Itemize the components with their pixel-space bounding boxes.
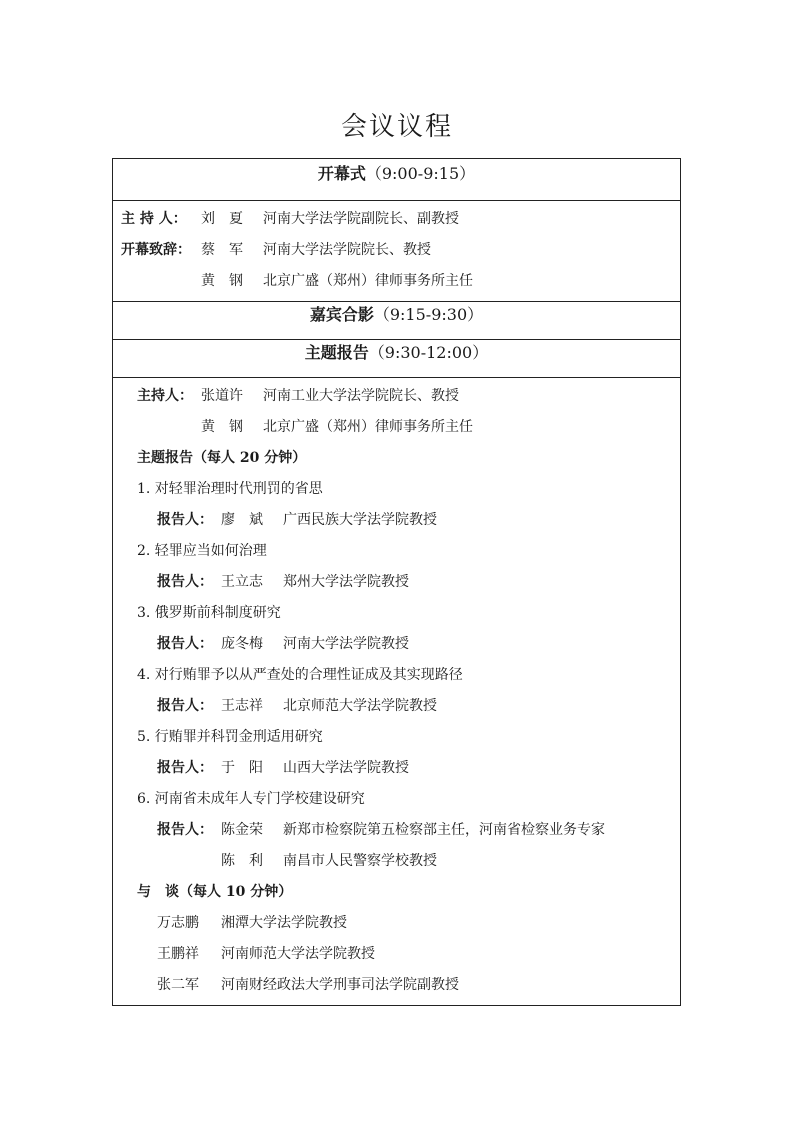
reporter-row: 报告人：庞冬梅河南大学法学院教授	[113, 629, 680, 660]
person-name: 万志鹏	[157, 908, 221, 939]
reports-heading: 主题报告（每人 20 分钟）	[113, 443, 680, 474]
person-name: 王鹏祥	[157, 939, 221, 970]
reporter-row: 报告人：陈金荣新郑市检察院第五检察部主任，河南省检察业务专家	[113, 815, 680, 846]
section-title: 主题报告	[305, 343, 369, 362]
person-name: 张道许	[201, 381, 263, 412]
person-title: 河南工业大学法学院院长、教授	[263, 388, 459, 404]
person-title: 郑州大学法学院教授	[283, 574, 409, 590]
section-title: 嘉宾合影	[310, 305, 374, 324]
person-name: 黄 钢	[201, 412, 263, 443]
person-title: 河南大学法学院院长、教授	[263, 242, 431, 258]
section-time: （9:00-9:15）	[366, 164, 475, 183]
person-name: 廖 斌	[221, 505, 283, 536]
host-row: 黄 钢北京广盛（郑州）律师事务所主任	[113, 412, 680, 443]
person-title: 南昌市人民警察学校教授	[283, 853, 437, 869]
report-topic: 2. 轻罪应当如何治理	[113, 536, 680, 567]
person-name: 张二军	[157, 970, 221, 1001]
person-name: 黄 钢	[201, 266, 263, 297]
person-title: 河南大学法学院副院长、副教授	[263, 211, 459, 227]
host-label: 主持人：	[137, 381, 201, 412]
person-title: 山西大学法学院教授	[283, 760, 409, 776]
report-topic: 4. 对行贿罪予以从严查处的合理性证成及其实现路径	[113, 660, 680, 691]
person-name: 庞冬梅	[221, 629, 283, 660]
person-name: 刘 夏	[201, 204, 263, 235]
person-name: 于 阳	[221, 753, 283, 784]
person-title: 新郑市检察院第五检察部主任，河南省检察业务专家	[283, 822, 605, 838]
person-title: 湘潭大学法学院教授	[221, 915, 347, 931]
reporter-label: 报告人：	[157, 505, 221, 536]
discussion-heading: 与 谈（每人 10 分钟）	[113, 877, 680, 908]
reporter-row: 报告人：于 阳山西大学法学院教授	[113, 753, 680, 784]
report-topic: 1. 对轻罪治理时代刑罚的省思	[113, 474, 680, 505]
reporter-label: 报告人：	[157, 629, 221, 660]
agenda-table: 开幕式（9:00-9:15） 主 持 人：刘 夏河南大学法学院副院长、副教授 开…	[112, 158, 681, 1006]
report-topic: 5. 行贿罪并科罚金刑适用研究	[113, 722, 680, 753]
report-topic: 3. 俄罗斯前科制度研究	[113, 598, 680, 629]
person-title: 北京广盛（郑州）律师事务所主任	[263, 419, 473, 435]
section-time: （9:15-9:30）	[374, 305, 483, 324]
reporter-row: 陈 利南昌市人民警察学校教授	[113, 846, 680, 877]
reporter-row: 报告人：王志祥北京师范大学法学院教授	[113, 691, 680, 722]
reporter-label: 报告人：	[157, 753, 221, 784]
person-title: 广西民族大学法学院教授	[283, 512, 437, 528]
reporter-label: 报告人：	[157, 815, 221, 846]
section-header-photo: 嘉宾合影（9:15-9:30）	[113, 302, 680, 340]
discussant-row: 张二军河南财经政法大学刑事司法学院副教授	[113, 970, 680, 1001]
host-label: 主 持 人：	[121, 204, 201, 235]
reports-label: 主题报告（每人 20 分钟）	[137, 443, 306, 474]
person-title: 北京师范大学法学院教授	[283, 698, 437, 714]
page-title: 会议议程	[0, 106, 794, 143]
person-title: 北京广盛（郑州）律师事务所主任	[263, 273, 473, 289]
report-topic: 6. 河南省未成年人专门学校建设研究	[113, 784, 680, 815]
section-header-opening: 开幕式（9:00-9:15）	[113, 159, 680, 201]
person-title: 河南大学法学院教授	[283, 636, 409, 652]
discussant-row: 万志鹏湘潭大学法学院教授	[113, 908, 680, 939]
section-header-keynote: 主题报告（9:30-12:00）	[113, 340, 680, 378]
reporter-row: 报告人：廖 斌广西民族大学法学院教授	[113, 505, 680, 536]
person-name: 蔡 军	[201, 235, 263, 266]
host-row: 主持人：张道许河南工业大学法学院院长、教授	[113, 381, 680, 412]
speech-row: 黄 钢北京广盛（郑州）律师事务所主任	[113, 266, 680, 297]
person-name: 王志祥	[221, 691, 283, 722]
host-row: 主 持 人：刘 夏河南大学法学院副院长、副教授	[113, 204, 680, 235]
reporter-row: 报告人：王立志郑州大学法学院教授	[113, 567, 680, 598]
section-time: （9:30-12:00）	[369, 343, 488, 362]
keynote-details: 主持人：张道许河南工业大学法学院院长、教授 黄 钢北京广盛（郑州）律师事务所主任…	[113, 378, 680, 1005]
person-name: 陈金荣	[221, 815, 283, 846]
speech-row: 开幕致辞：蔡 军河南大学法学院院长、教授	[113, 235, 680, 266]
discussant-row: 王鹏祥河南师范大学法学院教授	[113, 939, 680, 970]
speech-label: 开幕致辞：	[121, 235, 201, 266]
discussion-label: 与 谈（每人 10 分钟）	[137, 877, 292, 908]
person-title: 河南财经政法大学刑事司法学院副教授	[221, 977, 459, 993]
person-name: 陈 利	[221, 846, 283, 877]
reporter-label: 报告人：	[157, 567, 221, 598]
opening-details: 主 持 人：刘 夏河南大学法学院副院长、副教授 开幕致辞：蔡 军河南大学法学院院…	[113, 201, 680, 302]
reporter-label: 报告人：	[157, 691, 221, 722]
section-title: 开幕式	[318, 164, 366, 183]
person-title: 河南师范大学法学院教授	[221, 946, 375, 962]
person-name: 王立志	[221, 567, 283, 598]
